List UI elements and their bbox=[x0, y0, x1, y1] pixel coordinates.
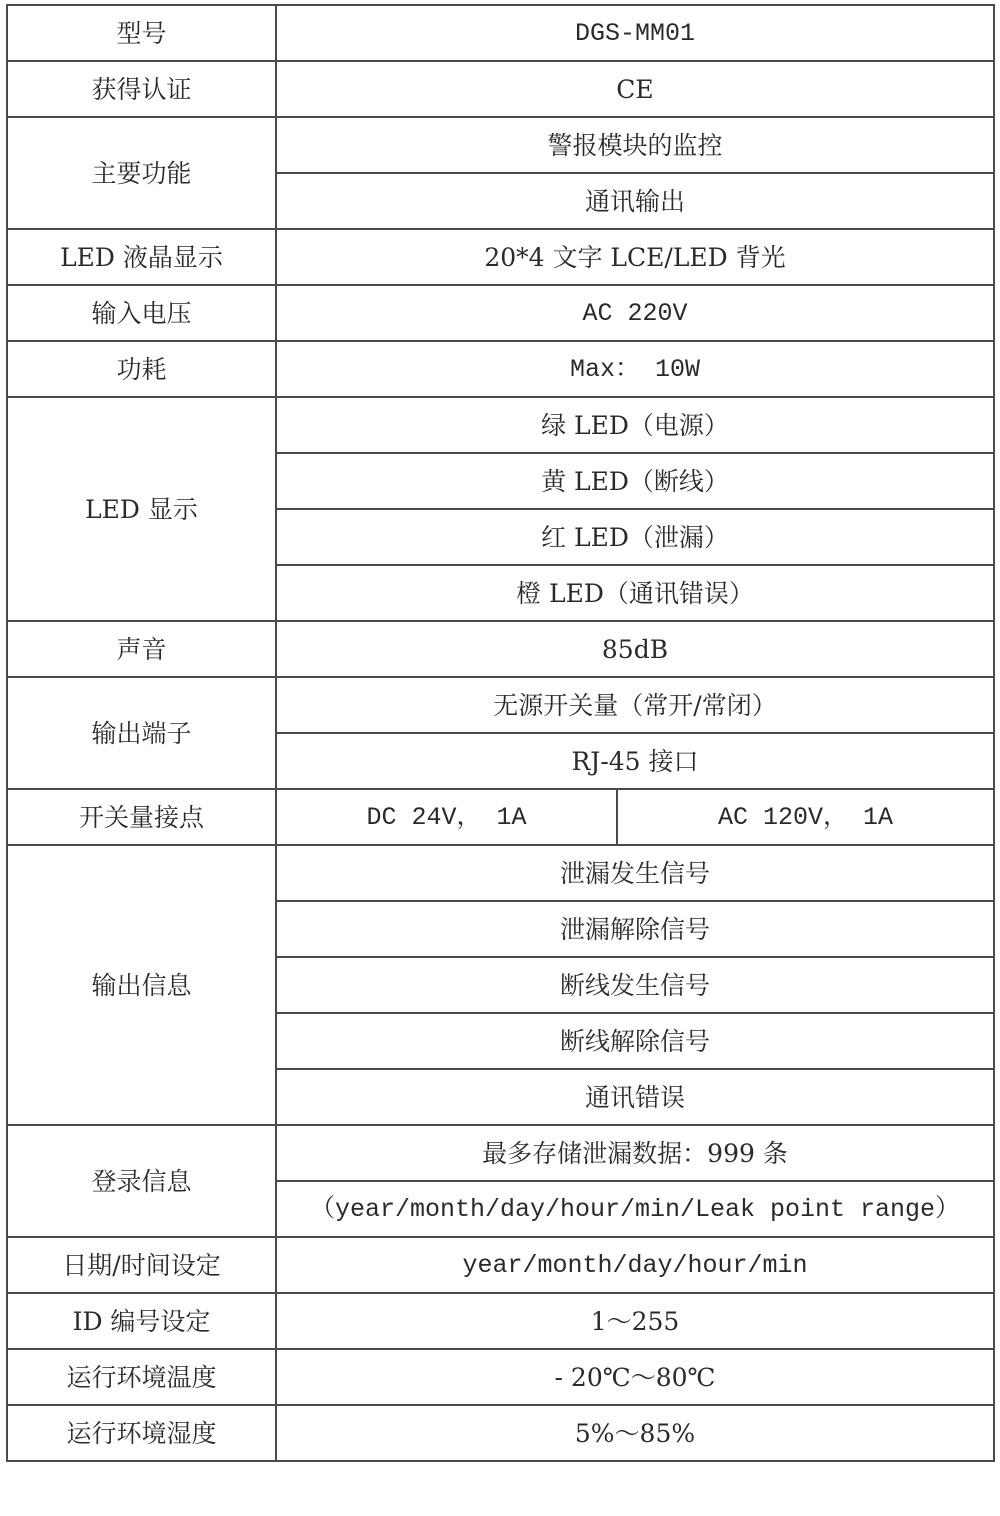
output-info-value: 断线发生信号 bbox=[276, 957, 994, 1013]
id-setting-label: ID 编号设定 bbox=[7, 1293, 276, 1349]
id-setting-value: 1～255 bbox=[276, 1293, 994, 1349]
relay-contact-dc-value: DC 24V， 1A bbox=[276, 789, 617, 845]
log-info-format: （year/month/day/hour/min/Leak point rang… bbox=[276, 1181, 994, 1237]
input-voltage-value: AC 220V bbox=[276, 285, 994, 341]
row-output-terminal: 输出端子 无源开关量（常开/常闭） bbox=[7, 677, 994, 733]
led-display-label: LED 显示 bbox=[7, 397, 276, 621]
model-value: DGS-MM01 bbox=[276, 5, 994, 61]
relay-contact-ac-value: AC 120V， 1A bbox=[617, 789, 994, 845]
operating-humidity-value: 5%～85% bbox=[276, 1405, 994, 1461]
led-display-value: 橙 LED（通讯错误） bbox=[276, 565, 994, 621]
log-info-value: 最多存储泄漏数据：999 条 bbox=[276, 1125, 994, 1181]
datetime-setting-label: 日期/时间设定 bbox=[7, 1237, 276, 1293]
power-consumption-value: Max： 10W bbox=[276, 341, 994, 397]
log-info-label: 登录信息 bbox=[7, 1125, 276, 1237]
row-power-consumption: 功耗 Max： 10W bbox=[7, 341, 994, 397]
led-display-value: 红 LED（泄漏） bbox=[276, 509, 994, 565]
row-operating-humidity: 运行环境湿度 5%～85% bbox=[7, 1405, 994, 1461]
row-model: 型号 DGS-MM01 bbox=[7, 5, 994, 61]
spec-table: 型号 DGS-MM01 获得认证 CE 主要功能 警报模块的监控 通讯输出 LE… bbox=[6, 4, 995, 1462]
output-info-value: 断线解除信号 bbox=[276, 1013, 994, 1069]
main-function-value: 通讯输出 bbox=[276, 173, 994, 229]
model-label: 型号 bbox=[7, 5, 276, 61]
main-function-value: 警报模块的监控 bbox=[276, 117, 994, 173]
row-relay-contact: 开关量接点 DC 24V， 1A AC 120V， 1A bbox=[7, 789, 994, 845]
led-display-value: 绿 LED（电源） bbox=[276, 397, 994, 453]
input-voltage-label: 输入电压 bbox=[7, 285, 276, 341]
output-terminal-label: 输出端子 bbox=[7, 677, 276, 789]
row-output-info: 输出信息 泄漏发生信号 bbox=[7, 845, 994, 901]
certification-label: 获得认证 bbox=[7, 61, 276, 117]
row-led-display: LED 显示 绿 LED（电源） bbox=[7, 397, 994, 453]
row-id-setting: ID 编号设定 1～255 bbox=[7, 1293, 994, 1349]
output-info-value: 泄漏发生信号 bbox=[276, 845, 994, 901]
output-info-value: 泄漏解除信号 bbox=[276, 901, 994, 957]
row-certification: 获得认证 CE bbox=[7, 61, 994, 117]
operating-humidity-label: 运行环境湿度 bbox=[7, 1405, 276, 1461]
output-info-label: 输出信息 bbox=[7, 845, 276, 1125]
row-input-voltage: 输入电压 AC 220V bbox=[7, 285, 994, 341]
power-consumption-label: 功耗 bbox=[7, 341, 276, 397]
lcd-display-value: 20*4 文字 LCE/LED 背光 bbox=[276, 229, 994, 285]
row-datetime-setting: 日期/时间设定 year/month/day/hour/min bbox=[7, 1237, 994, 1293]
lcd-display-label: LED 液晶显示 bbox=[7, 229, 276, 285]
led-display-value: 黄 LED（断线） bbox=[276, 453, 994, 509]
sound-value: 85dB bbox=[276, 621, 994, 677]
output-terminal-value: 无源开关量（常开/常闭） bbox=[276, 677, 994, 733]
main-function-label: 主要功能 bbox=[7, 117, 276, 229]
operating-temperature-value: - 20℃～80℃ bbox=[276, 1349, 994, 1405]
output-info-value: 通讯错误 bbox=[276, 1069, 994, 1125]
certification-value: CE bbox=[276, 61, 994, 117]
operating-temperature-label: 运行环境温度 bbox=[7, 1349, 276, 1405]
row-operating-temperature: 运行环境温度 - 20℃～80℃ bbox=[7, 1349, 994, 1405]
row-main-function: 主要功能 警报模块的监控 bbox=[7, 117, 994, 173]
row-log-info: 登录信息 最多存储泄漏数据：999 条 bbox=[7, 1125, 994, 1181]
sound-label: 声音 bbox=[7, 621, 276, 677]
row-lcd-display: LED 液晶显示 20*4 文字 LCE/LED 背光 bbox=[7, 229, 994, 285]
datetime-setting-value: year/month/day/hour/min bbox=[276, 1237, 994, 1293]
row-sound: 声音 85dB bbox=[7, 621, 994, 677]
relay-contact-label: 开关量接点 bbox=[7, 789, 276, 845]
output-terminal-value: RJ-45 接口 bbox=[276, 733, 994, 789]
